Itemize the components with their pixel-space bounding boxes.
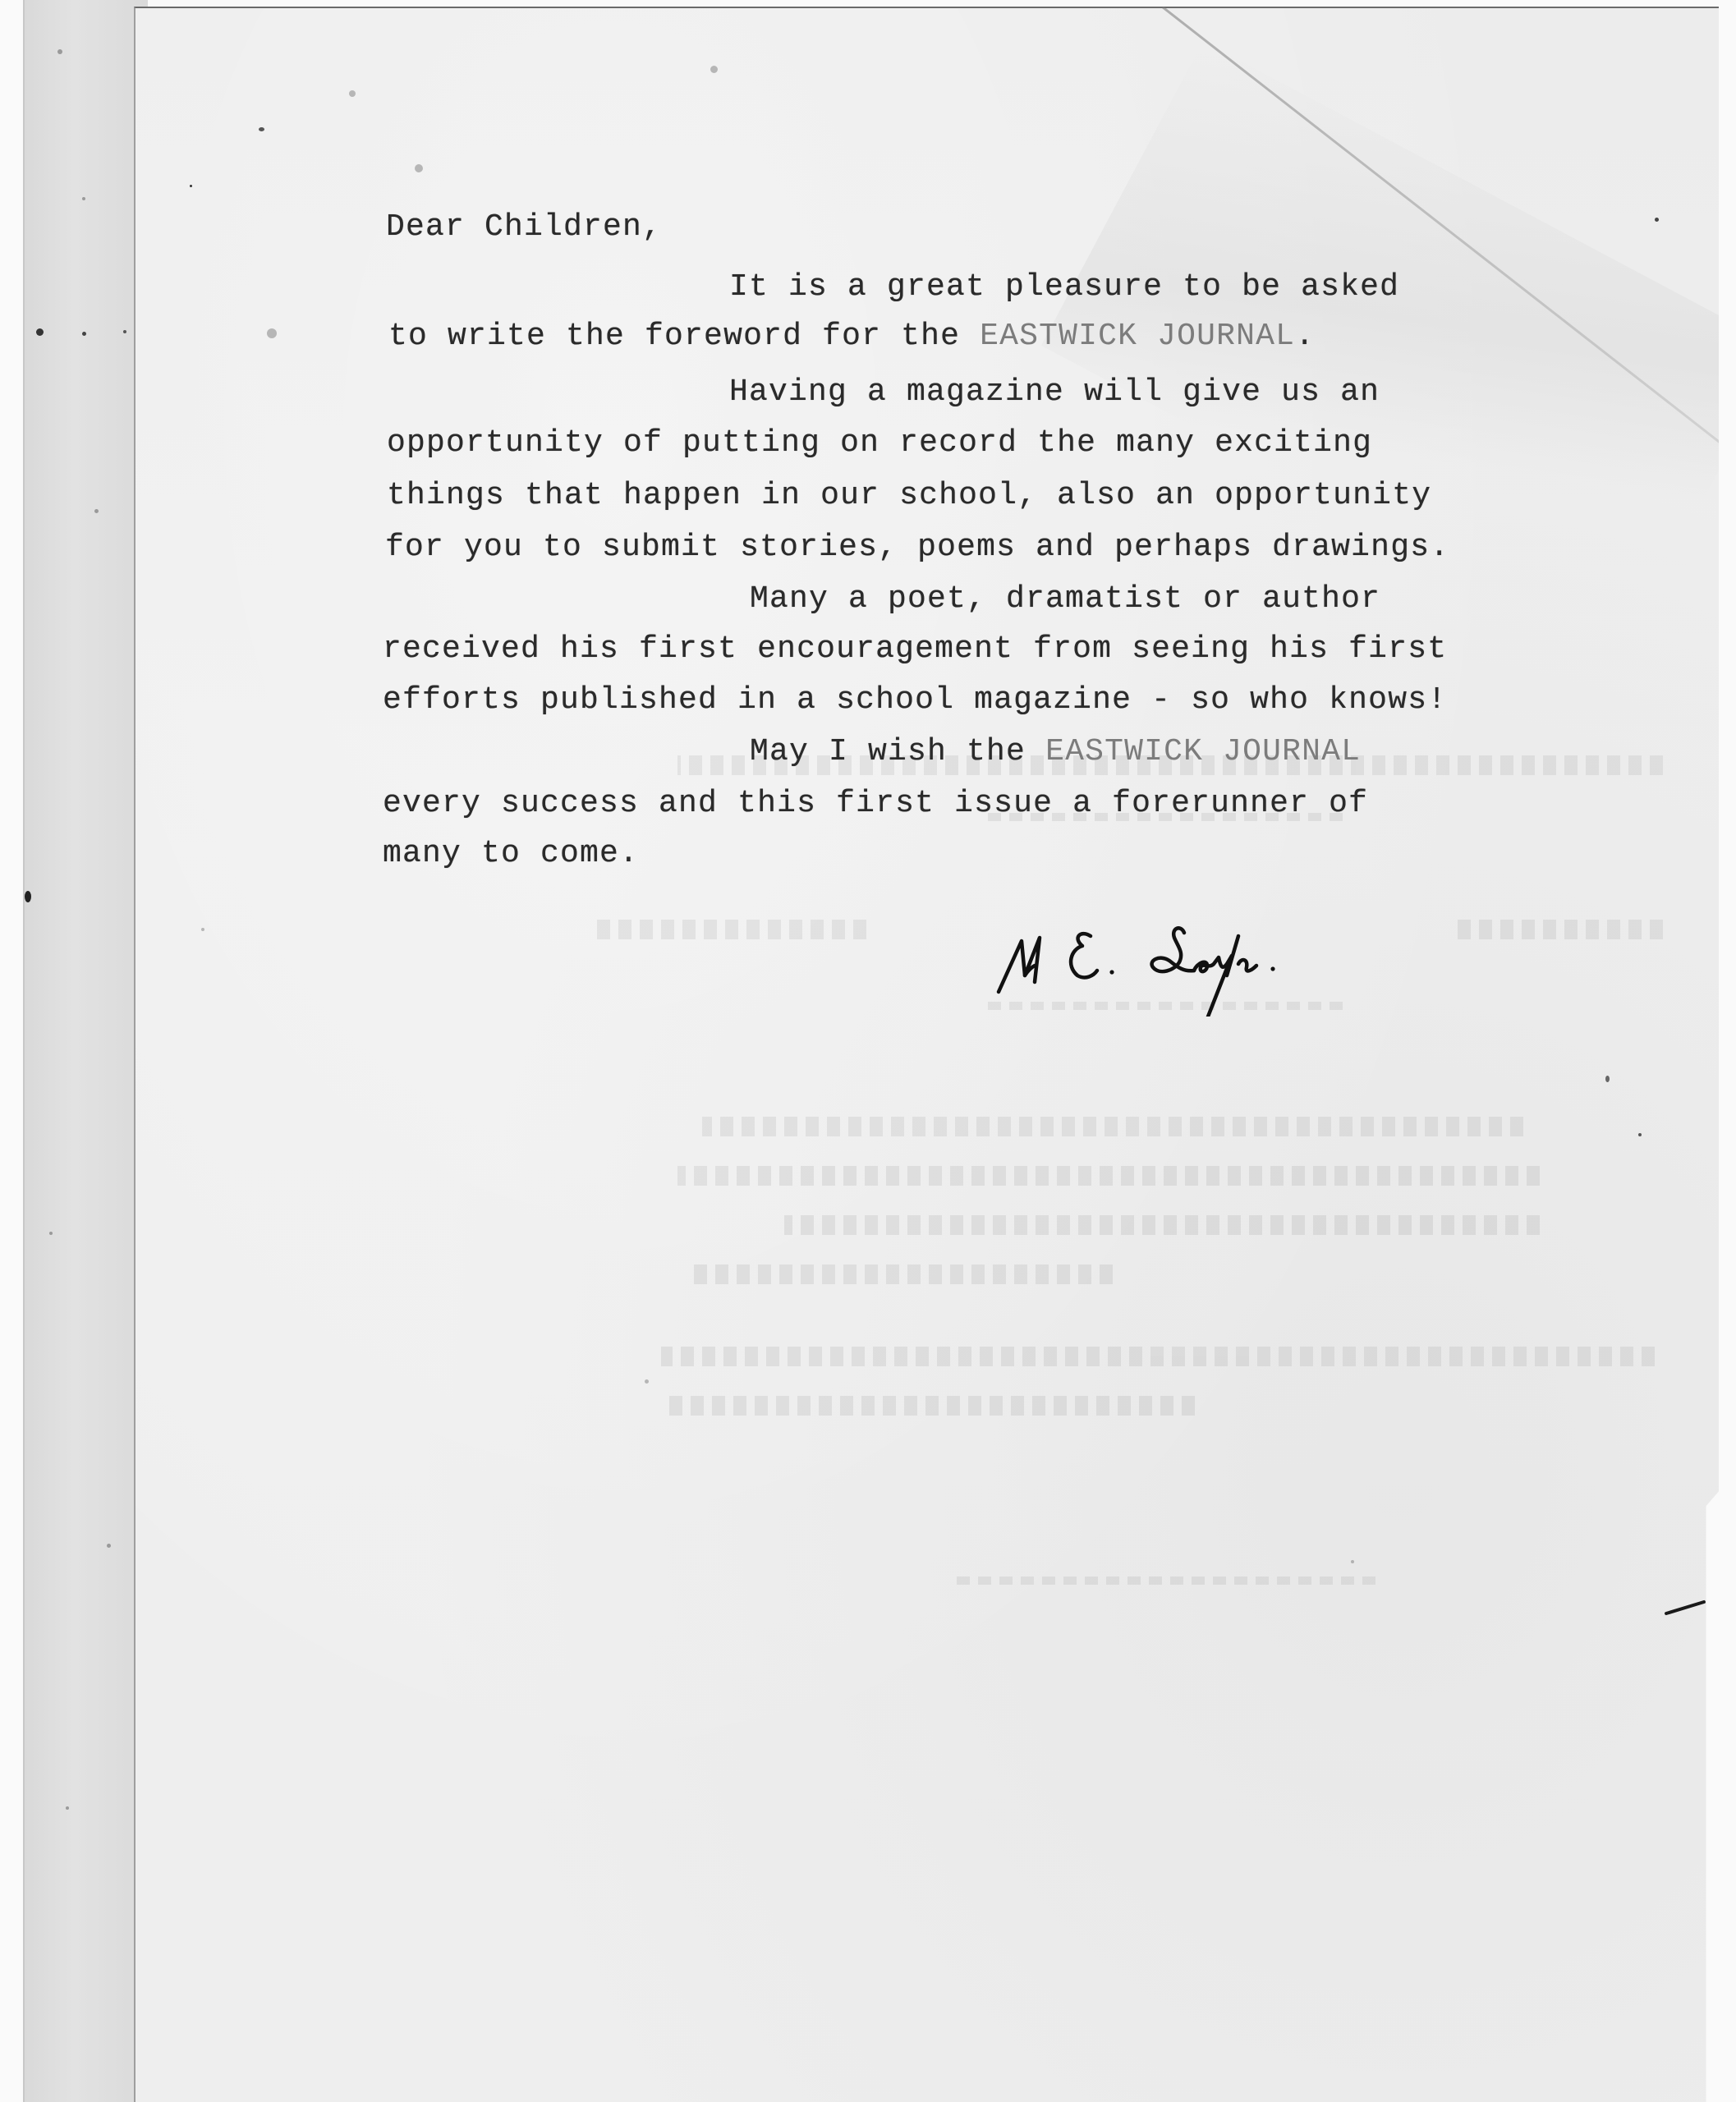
- journal-name: EASTWICK JOURNAL: [980, 319, 1295, 354]
- salutation: Dear Children,: [386, 212, 662, 243]
- paragraph-3-line-2: received his first encouragement from se…: [383, 634, 1447, 665]
- journal-name-2: EASTWICK JOURNAL: [1045, 734, 1361, 769]
- paragraph-2-line-3: things that happen in our school, also a…: [387, 480, 1431, 512]
- paragraph-3-line-1: Many a poet, dramatist or author: [750, 584, 1380, 615]
- paragraph-1-line-2: to write the foreword for the EASTWICK J…: [388, 321, 1315, 352]
- paragraph-1-line-1: It is a great pleasure to be asked: [729, 272, 1399, 303]
- paragraph-1-line-2-text: to write the foreword for the: [388, 319, 980, 354]
- paragraph-1-tail: .: [1295, 319, 1315, 354]
- handwritten-signature: M. E. Taylor.: [992, 918, 1337, 1017]
- paragraph-4-line-1-text: May I wish the: [750, 734, 1045, 769]
- paragraph-2-line-1: Having a magazine will give us an: [729, 377, 1380, 408]
- letter-body: Dear Children, It is a great pleasure to…: [0, 0, 1736, 2102]
- paragraph-2-line-2: opportunity of putting on record the man…: [387, 428, 1372, 459]
- paragraph-3-line-3: efforts published in a school magazine -…: [383, 685, 1447, 716]
- paragraph-4-line-2: every success and this first issue a for…: [383, 788, 1368, 819]
- paragraph-2-line-4: for you to submit stories, poems and per…: [385, 532, 1449, 563]
- paragraph-4-line-3: many to come.: [383, 838, 639, 870]
- paragraph-4-line-1: May I wish the EASTWICK JOURNAL: [750, 737, 1361, 768]
